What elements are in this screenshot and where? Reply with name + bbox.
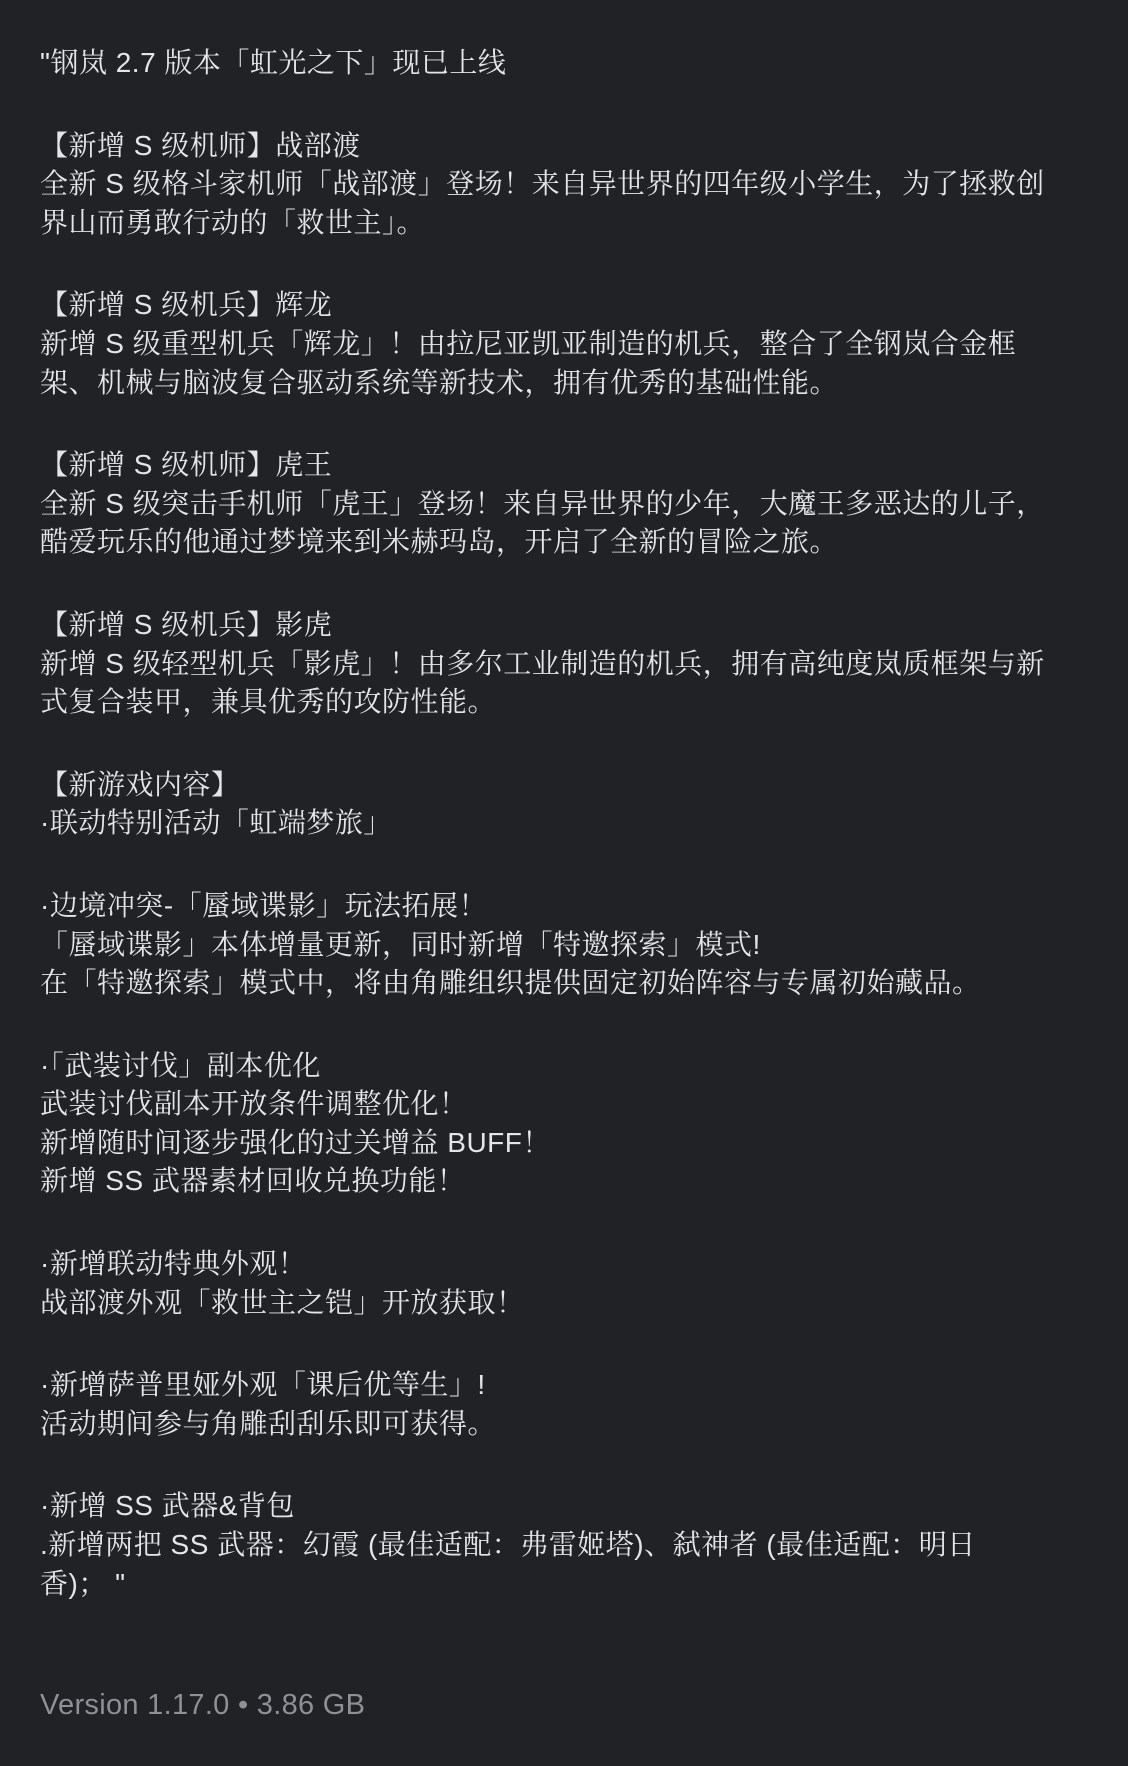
note-line: ·「武装讨伐」副本优化 bbox=[40, 1047, 1090, 1086]
note-line: 新增 SS 武器素材回收兑换功能！ bbox=[40, 1162, 1090, 1201]
section-ss-weapons: ·新增 SS 武器&背包 .新增两把 SS 武器：幻霞 (最佳适配：弗雷姬塔)、… bbox=[40, 1487, 1090, 1603]
note-line: ·新增 SS 武器&背包 bbox=[40, 1487, 1090, 1526]
note-line: 酷爱玩乐的他通过梦境来到米赫玛岛，开启了全新的冒险之旅。 bbox=[40, 523, 1090, 562]
section-armed-crusade: ·「武装讨伐」副本优化 武装讨伐副本开放条件调整优化！ 新增随时间逐步强化的过关… bbox=[40, 1047, 1090, 1201]
version-and-size-label: Version 1.17.0 • 3.86 GB bbox=[40, 1686, 1090, 1725]
note-line: 新增 S 级重型机兵「辉龙」！由拉尼亚凯亚制造的机兵，整合了全钢岚合金框 bbox=[40, 325, 1090, 364]
note-line: 式复合装甲，兼具优秀的攻防性能。 bbox=[40, 683, 1090, 722]
note-line: 新增 S 级轻型机兵「影虎」！由多尔工业制造的机兵，拥有高纯度岚质框架与新 bbox=[40, 645, 1090, 684]
note-line: ·联动特别活动「虹端梦旅」 bbox=[40, 804, 1090, 843]
note-line: 武装讨伐副本开放条件调整优化！ bbox=[40, 1085, 1090, 1124]
section-new-pilot-huwang: 【新增 S 级机师】虎王 全新 S 级突击手机师「虎王」登场！来自异世界的少年，… bbox=[40, 446, 1090, 562]
note-line: 全新 S 级突击手机师「虎王」登场！来自异世界的少年，大魔王多恶达的儿子， bbox=[40, 485, 1090, 524]
section-heading: 【新增 S 级机兵】辉龙 bbox=[40, 286, 1090, 325]
section-new-mech-huilong: 【新增 S 级机兵】辉龙 新增 S 级重型机兵「辉龙」！由拉尼亚凯亚制造的机兵，… bbox=[40, 286, 1090, 402]
section-new-game-content: 【新游戏内容】 ·联动特别活动「虹端梦旅」 bbox=[40, 766, 1090, 843]
note-line: 新增随时间逐步强化的过关增益 BUFF！ bbox=[40, 1124, 1090, 1163]
note-line: .新增两把 SS 武器：幻霞 (最佳适配：弗雷姬塔)、弑神者 (最佳适配：明日 bbox=[40, 1526, 1090, 1565]
note-line: 架、机械与脑波复合驱动系统等新技术，拥有优秀的基础性能。 bbox=[40, 364, 1090, 403]
section-new-mech-yinghu: 【新增 S 级机兵】影虎 新增 S 级轻型机兵「影虎」！由多尔工业制造的机兵，拥… bbox=[40, 606, 1090, 722]
note-line: 界山而勇敢行动的「救世主」。 bbox=[40, 204, 1090, 243]
note-line: 在「特邀探索」模式中，将由角雕组织提供固定初始阵容与专属初始藏品。 bbox=[40, 964, 1090, 1003]
section-collab-skin: ·新增联动特典外观！ 战部渡外观「救世主之铠」开放获取！ bbox=[40, 1245, 1090, 1322]
section-new-pilot-wataru: 【新增 S 级机师】战部渡 全新 S 级格斗家机师「战部渡」登场！来自异世界的四… bbox=[40, 127, 1090, 243]
note-line: 活动期间参与角雕刮刮乐即可获得。 bbox=[40, 1405, 1090, 1444]
whats-new-page: "钢岚 2.7 版本「虹光之下」现已上线 【新增 S 级机师】战部渡 全新 S … bbox=[0, 0, 1128, 1766]
note-line: ·边境冲突-「蜃域谍影」玩法拓展！ bbox=[40, 887, 1090, 926]
note-line: 全新 S 级格斗家机师「战部渡」登场！来自异世界的四年级小学生，为了拯救创 bbox=[40, 165, 1090, 204]
section-heading: 【新增 S 级机师】虎王 bbox=[40, 446, 1090, 485]
section-heading: 【新游戏内容】 bbox=[40, 766, 1090, 805]
section-border-conflict: ·边境冲突-「蜃域谍影」玩法拓展！ 「蜃域谍影」本体增量更新，同时新增「特邀探索… bbox=[40, 887, 1090, 1003]
section-heading: 【新增 S 级机师】战部渡 bbox=[40, 127, 1090, 166]
note-line: 香)； " bbox=[40, 1565, 1090, 1604]
section-sapuliya-skin: ·新增萨普里娅外观「课后优等生」! 活动期间参与角雕刮刮乐即可获得。 bbox=[40, 1366, 1090, 1443]
note-line: ·新增联动特典外观！ bbox=[40, 1245, 1090, 1284]
release-title-section: "钢岚 2.7 版本「虹光之下」现已上线 bbox=[40, 44, 1090, 83]
note-line: 「蜃域谍影」本体增量更新，同时新增「特邀探索」模式! bbox=[40, 926, 1090, 965]
release-title: "钢岚 2.7 版本「虹光之下」现已上线 bbox=[40, 44, 1090, 83]
note-line: 战部渡外观「救世主之铠」开放获取！ bbox=[40, 1284, 1090, 1323]
note-line: ·新增萨普里娅外观「课后优等生」! bbox=[40, 1366, 1090, 1405]
section-heading: 【新增 S 级机兵】影虎 bbox=[40, 606, 1090, 645]
